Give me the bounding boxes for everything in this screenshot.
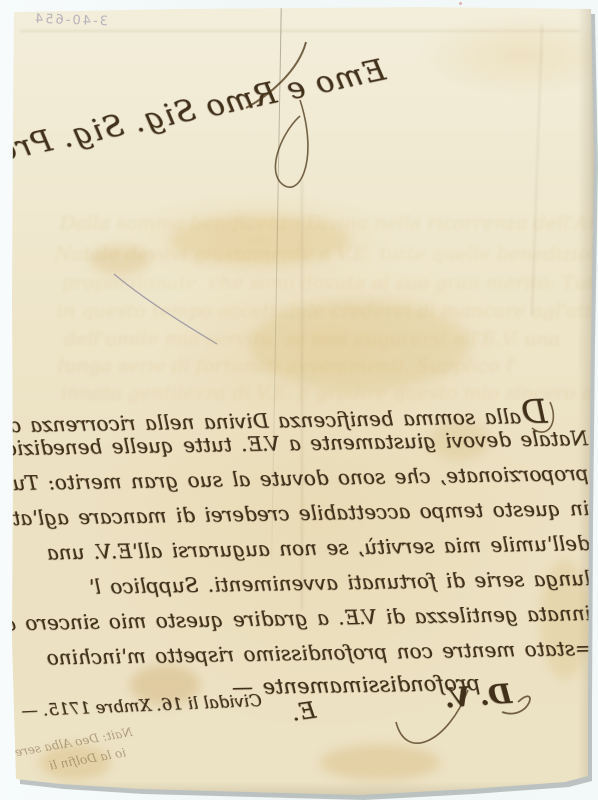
body-line: =stato mentre con profondissimo rispetto… bbox=[47, 636, 592, 670]
scanned-letter-page: Dalla somma benificenza Divina nella ric… bbox=[0, 0, 598, 800]
mirrored-ink-layer: 3-40-654 Emo e Rmo Sig. Sig. Prone Colmo… bbox=[0, 0, 598, 800]
closing-initials: D. V. bbox=[444, 679, 513, 715]
letter-body: Dalla somma benificenza Divina nella ric… bbox=[5, 391, 592, 701]
body-line: innata gentilezza di V.E. a gradire ques… bbox=[0, 601, 591, 636]
body-line: proporzionate, che sono dovute al suo gr… bbox=[0, 461, 589, 496]
dust-speck bbox=[459, 2, 462, 5]
letter-paper: Dalla somma benificenza Divina nella ric… bbox=[0, 0, 598, 800]
archive-number-pencil: 3-40-654 bbox=[33, 12, 108, 30]
body-line: lunga serie di fortunati avvenimenti. Su… bbox=[89, 566, 591, 599]
salutation-line: Emo e Rmo Sig. Sig. Prone Colmo bbox=[0, 52, 389, 200]
body-line: dell'umile mia servitù, se non augurarsi… bbox=[47, 531, 590, 564]
faint-signature-note: Nait: Deo Alba sere io la Dolfin li bbox=[13, 723, 137, 781]
closing-flourish: E. bbox=[290, 697, 317, 726]
body-line: in questo tempo accettabile crederei di … bbox=[0, 496, 590, 530]
